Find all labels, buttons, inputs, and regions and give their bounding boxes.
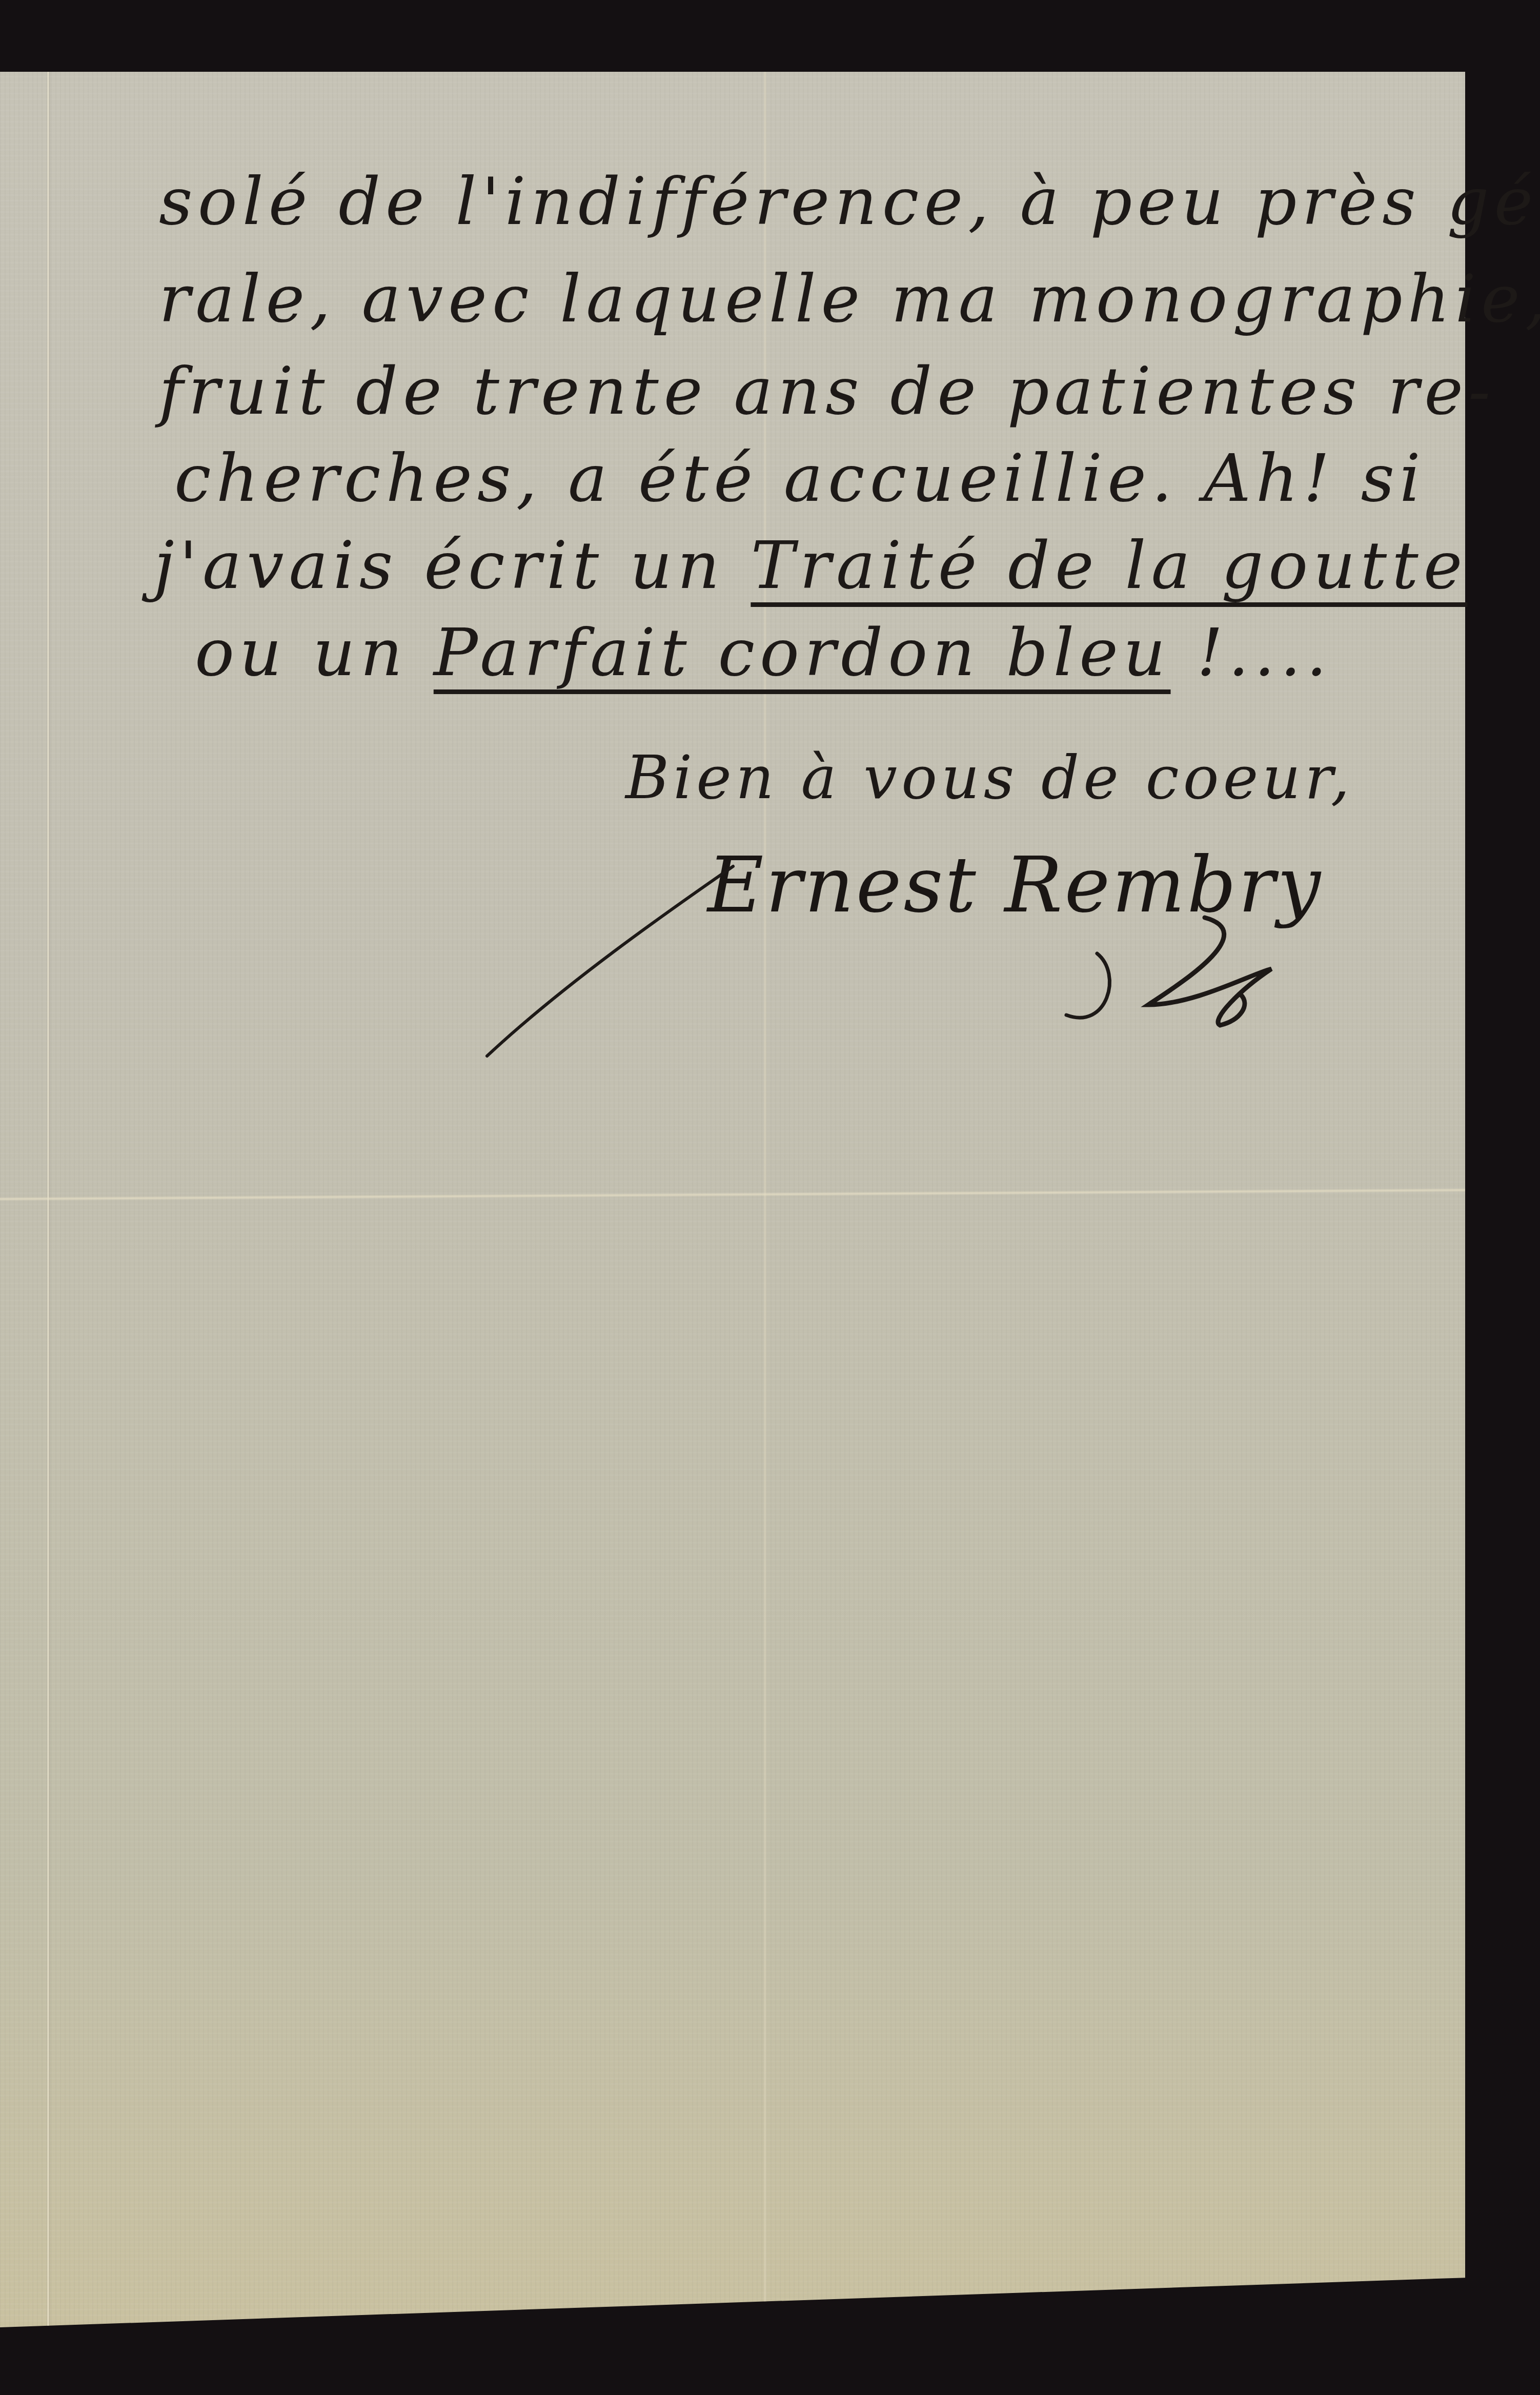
letter-line-6: ou un Parfait cordon bleu !.... [195, 620, 1332, 686]
title-traite-de-la-goutte: Traité de la goutte [751, 527, 1467, 604]
letter-body: solé de l'indifférence, à peu près géné-… [0, 0, 1540, 2395]
letter-line-3: fruit de trente ans de patientes re- [159, 359, 1495, 424]
closing-salutation: Bien à vous de coeur, [625, 743, 1354, 813]
title-parfait-cordon-bleu: Parfait cordon bleu [434, 615, 1171, 691]
letter-line-5: j'avais écrit un Traité de la goutte [154, 533, 1467, 599]
line-6-suffix: !.... [1171, 615, 1332, 691]
line-5-text: j'avais écrit un [154, 527, 751, 604]
line-6-text: ou un [195, 615, 434, 691]
letter-line-1: solé de l'indifférence, à peu près géné- [159, 169, 1540, 235]
letter-line-4: cherches, a été accueillie. Ah! si [174, 446, 1426, 512]
letter-line-2: rale, avec laquelle ma monographie, [159, 267, 1540, 332]
signature: Ernest Rembry [707, 841, 1323, 930]
